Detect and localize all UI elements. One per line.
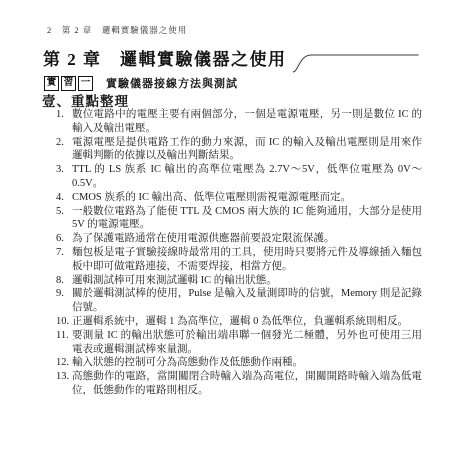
running-header: 2 第 2 章 邏輯實驗儀器之使用	[47, 24, 187, 36]
item-text: 電源電壓是提供電路工作的動力來源，而 IC 的輸入及輸出電壓則是用來作邏輯判斷的…	[72, 136, 422, 164]
lab-badge-box: 一	[78, 76, 93, 91]
item-number: 5.	[56, 205, 72, 219]
item-text: 麵包板是電子實驗接線時最常用的工具，使用時只要將元件及導線插入麵包板中即可做電路…	[72, 246, 422, 274]
lab-badge: 實 習 一	[44, 76, 95, 91]
list-item: 11. 要測量 IC 的輸出狀態可於輸出端串聯一個發光二極體，另外也可使用三用電…	[56, 329, 422, 357]
item-text: 正邏輯系統中，邏輯 1 為高準位，邏輯 0 為低準位，負邏輯系統則相反。	[72, 315, 422, 329]
list-item: 2. 電源電壓是提供電路工作的動力來源，而 IC 的輸入及輸出電壓則是用來作邏輯…	[56, 136, 422, 164]
list-item: 13. 高態動作的電路，當開關閉合時輸入端為高電位，開關開路時輸入端為低電位，低…	[56, 370, 422, 398]
item-number: 13.	[56, 370, 72, 384]
item-text: 一般數位電路為了能使 TTL 及 CMOS 兩大族的 IC 能夠通用，大部分是使…	[72, 205, 422, 233]
key-points-list: 1. 數位電路中的電壓主要有兩個部分，一個是電源電壓，另一則是數位 IC 的輸入…	[56, 108, 422, 398]
item-text: 邏輯測試棒可用來測試邏輯 IC 的輸出狀態。	[72, 274, 422, 288]
list-item: 12. 輸入狀態的控制可分為高態動作及低態動作兩種。	[56, 356, 422, 370]
list-item: 6. 為了保護電路通常在使用電源供應器前要設定限流保護。	[56, 232, 422, 246]
item-text: TTL 的 LS 族系 IC 輸出的高準位電壓為 2.7V～5V，低準位電壓為 …	[72, 163, 422, 191]
item-text: 高態動作的電路，當開關閉合時輸入端為高電位，開關開路時輸入端為低電位，低態動作的…	[72, 370, 422, 398]
item-number: 11.	[56, 329, 72, 343]
list-item: 8. 邏輯測試棒可用來測試邏輯 IC 的輸出狀態。	[56, 274, 422, 288]
lab-title: 實驗儀器接線方法與測試	[106, 75, 238, 91]
item-number: 4.	[56, 191, 72, 205]
list-item: 4. CMOS 族系的 IC 輸出高、低準位電壓則需視電源電壓而定。	[56, 191, 422, 205]
list-item: 9. 關於邏輯測試棒的使用，Pulse 是輸入及量測即時的信號，Memory 則…	[56, 287, 422, 315]
item-number: 1.	[56, 108, 72, 122]
textbook-page: 2 第 2 章 邏輯實驗儀器之使用 第 2 章 邏輯實驗儀器之使用 實 習 一 …	[0, 0, 453, 453]
item-text: 數位電路中的電壓主要有兩個部分，一個是電源電壓，另一則是數位 IC 的輸入及輸出…	[72, 108, 422, 136]
chapter-rule-swoosh-line	[291, 47, 420, 73]
item-number: 8.	[56, 274, 72, 288]
list-item: 5. 一般數位電路為了能使 TTL 及 CMOS 兩大族的 IC 能夠通用，大部…	[56, 205, 422, 233]
item-number: 9.	[56, 287, 72, 301]
chapter-title: 第 2 章 邏輯實驗儀器之使用	[43, 47, 287, 73]
item-number: 12.	[56, 356, 72, 370]
item-text: 關於邏輯測試棒的使用，Pulse 是輸入及量測即時的信號，Memory 則是記錄…	[72, 287, 422, 315]
item-number: 7.	[56, 246, 72, 260]
lab-badge-box: 習	[61, 76, 76, 91]
item-number: 6.	[56, 232, 72, 246]
item-number: 10.	[56, 315, 72, 329]
item-text: 為了保護電路通常在使用電源供應器前要設定限流保護。	[72, 232, 422, 246]
item-text: 要測量 IC 的輸出狀態可於輸出端串聯一個發光二極體，另外也可使用三用電表或邏輯…	[72, 329, 422, 357]
item-text: 輸入狀態的控制可分為高態動作及低態動作兩種。	[72, 356, 422, 370]
item-text: CMOS 族系的 IC 輸出高、低準位電壓則需視電源電壓而定。	[72, 191, 422, 205]
chapter-heading-row: 第 2 章 邏輯實驗儀器之使用	[43, 47, 419, 75]
list-item: 7. 麵包板是電子實驗接線時最常用的工具，使用時只要將元件及導線插入麵包板中即可…	[56, 246, 422, 274]
list-item: 3. TTL 的 LS 族系 IC 輸出的高準位電壓為 2.7V～5V，低準位電…	[56, 163, 422, 191]
section-heading: 壹、重點整理	[42, 90, 129, 110]
list-item: 10. 正邏輯系統中，邏輯 1 為高準位，邏輯 0 為低準位，負邏輯系統則相反。	[56, 315, 422, 329]
item-number: 3.	[56, 163, 72, 177]
lab-badge-box: 實	[44, 76, 59, 91]
lab-header-row: 實 習 一 實驗儀器接線方法與測試	[44, 75, 238, 91]
list-item: 1. 數位電路中的電壓主要有兩個部分，一個是電源電壓，另一則是數位 IC 的輸入…	[56, 108, 422, 136]
item-number: 2.	[56, 136, 72, 150]
